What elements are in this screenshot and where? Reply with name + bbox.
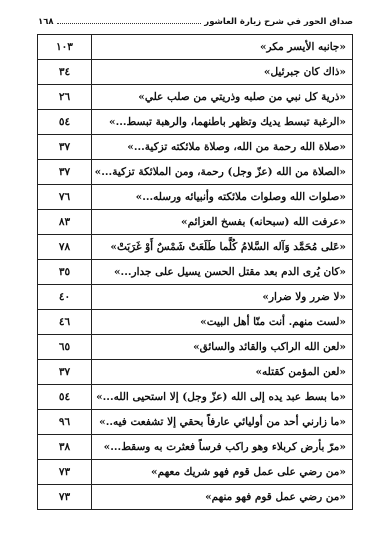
table-row: «لعن المؤمن كقتله»٣٧ bbox=[38, 360, 353, 385]
table-row: «ذرية كل نبي من صلبه وذريتي من صلب علي»٢… bbox=[38, 85, 353, 110]
table-row: «من رضي على عمل قوم فهو شريك معهم»٧٣ bbox=[38, 460, 353, 485]
hadith-text: «الرغبة تبسط يديك وتظهر باطنهما، والرهبة… bbox=[92, 110, 353, 135]
hadith-text: «من رضي على عمل قوم فهو شريك معهم» bbox=[92, 460, 353, 485]
hadith-index-table: «جانبه الأيسر مكر»١٠٣«ذاك كان جبرئيل»٣٤«… bbox=[37, 34, 353, 510]
page-reference: ٣٧ bbox=[38, 360, 92, 385]
hadith-text: «الصلاة من الله (عزّ وجل) رحمة، ومن المل… bbox=[92, 160, 353, 185]
page-reference: ٣٥ bbox=[38, 260, 92, 285]
page-reference: ٧٣ bbox=[38, 485, 92, 510]
hadith-text: «ما بسط عبد يده إلى الله (عزّ وجل) إلا ا… bbox=[92, 385, 353, 410]
page-reference: ٤٠ bbox=[38, 285, 92, 310]
hadith-text: «عرفت الله (سبحانه) بفسخ العزائم» bbox=[92, 210, 353, 235]
table-row: «لعن الله الراكب والقائد والسائق»٦٥ bbox=[38, 335, 353, 360]
table-row: «الصلاة من الله (عزّ وجل) رحمة، ومن المل… bbox=[38, 160, 353, 185]
table-row: «ما زارني أحد من أوليائي عارفاً بحقي إلا… bbox=[38, 410, 353, 435]
page-number: ١٦٨ bbox=[38, 17, 54, 27]
hadith-text: «جانبه الأيسر مكر» bbox=[92, 35, 353, 60]
page-reference: ٥٤ bbox=[38, 110, 92, 135]
hadith-text: «صلاة الله رحمة من الله، وصلاة ملائكته ت… bbox=[92, 135, 353, 160]
page-reference: ٧٦ bbox=[38, 185, 92, 210]
table-row: «صلاة الله رحمة من الله، وصلاة ملائكته ت… bbox=[38, 135, 353, 160]
table-row: «لا ضرر ولا ضرار»٤٠ bbox=[38, 285, 353, 310]
table-row: «جانبه الأيسر مكر»١٠٣ bbox=[38, 35, 353, 60]
hadith-text: «لعن الله الراكب والقائد والسائق» bbox=[92, 335, 353, 360]
page-reference: ٣٨ bbox=[38, 435, 92, 460]
hadith-text: «ذرية كل نبي من صلبه وذريتي من صلب علي» bbox=[92, 85, 353, 110]
table-row: «من رضي عمل قوم فهو منهم»٧٣ bbox=[38, 485, 353, 510]
book-title: صداق الحور في شرح زيارة العاشور bbox=[204, 17, 353, 27]
hadith-text: «لست منهم. أنت منّا أهل البيت» bbox=[92, 310, 353, 335]
hadith-text: «ذاك كان جبرئيل» bbox=[92, 60, 353, 85]
hadith-text: «مرّ بأرض كربلاء وهو راكب فرساً فعثرت به… bbox=[92, 435, 353, 460]
hadith-text: «ما زارني أحد من أوليائي عارفاً بحقي إلا… bbox=[92, 410, 353, 435]
page-reference: ٣٧ bbox=[38, 135, 92, 160]
page-reference: ٣٤ bbox=[38, 60, 92, 85]
page-reference: ٧٣ bbox=[38, 460, 92, 485]
running-header: صداق الحور في شرح زيارة العاشور ١٦٨ bbox=[38, 13, 353, 27]
hadith-text: «من رضي عمل قوم فهو منهم» bbox=[92, 485, 353, 510]
table-row: «صلوات الله وصلوات ملائكته وأنبيائه ورسل… bbox=[38, 185, 353, 210]
dotted-leader bbox=[57, 22, 202, 24]
hadith-text: «لا ضرر ولا ضرار» bbox=[92, 285, 353, 310]
hadith-text: «صلوات الله وصلوات ملائكته وأنبيائه ورسل… bbox=[92, 185, 353, 210]
table-row: «ما بسط عبد يده إلى الله (عزّ وجل) إلا ا… bbox=[38, 385, 353, 410]
page-reference: ١٠٣ bbox=[38, 35, 92, 60]
table-row: «ذاك كان جبرئيل»٣٤ bbox=[38, 60, 353, 85]
page-reference: ٥٤ bbox=[38, 385, 92, 410]
hadith-text: «عَلى مُحَمَّد وَآله السَّلامُ كُلَّما ط… bbox=[92, 235, 353, 260]
page-reference: ٣٧ bbox=[38, 160, 92, 185]
table-row: «عرفت الله (سبحانه) بفسخ العزائم»٨٣ bbox=[38, 210, 353, 235]
page-reference: ٨٣ bbox=[38, 210, 92, 235]
page-reference: ٢٦ bbox=[38, 85, 92, 110]
hadith-text: «لعن المؤمن كقتله» bbox=[92, 360, 353, 385]
table-row: «لست منهم. أنت منّا أهل البيت»٤٦ bbox=[38, 310, 353, 335]
page-reference: ٦٥ bbox=[38, 335, 92, 360]
table-row: «عَلى مُحَمَّد وَآله السَّلامُ كُلَّما ط… bbox=[38, 235, 353, 260]
table-row: «مرّ بأرض كربلاء وهو راكب فرساً فعثرت به… bbox=[38, 435, 353, 460]
table-row: «الرغبة تبسط يديك وتظهر باطنهما، والرهبة… bbox=[38, 110, 353, 135]
page-reference: ٤٦ bbox=[38, 310, 92, 335]
table-row: «كان يُرى الدم بعد مقتل الحسن يسيل على ج… bbox=[38, 260, 353, 285]
page-reference: ٧٨ bbox=[38, 235, 92, 260]
hadith-text: «كان يُرى الدم بعد مقتل الحسن يسيل على ج… bbox=[92, 260, 353, 285]
page-reference: ٩٦ bbox=[38, 410, 92, 435]
